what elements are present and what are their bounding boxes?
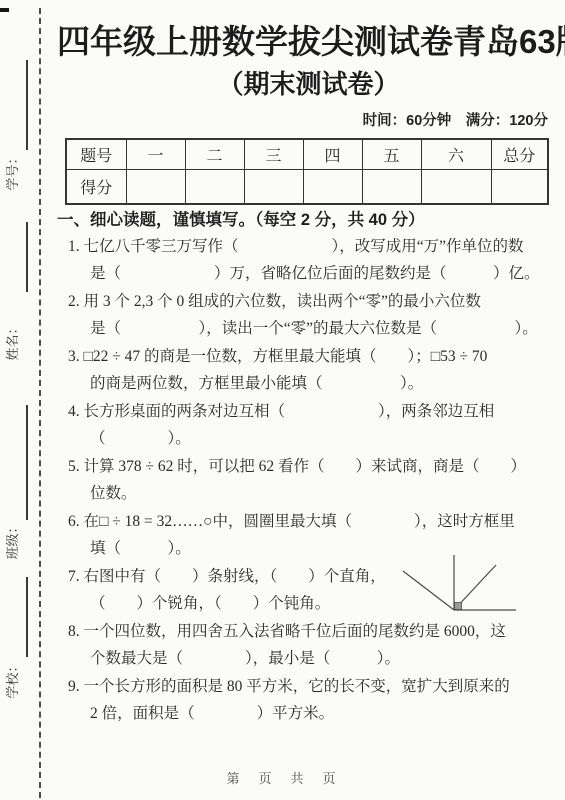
question-3: 3. □22 ÷ 47 的商是一位数，方框里最大能填（ ）；□53 ÷ 70 的… <box>68 344 565 397</box>
score-cell-empty <box>244 170 303 205</box>
score-table-header-cell: 题号 <box>66 139 126 170</box>
score-table-header-cell: 二 <box>185 139 244 170</box>
score-table-header-cell: 一 <box>126 139 185 170</box>
page-subtitle: （期末测试卷） <box>57 64 560 101</box>
rays-figure <box>400 552 520 618</box>
score-table-header-row: 题号 一 二 三 四 五 六 总分 <box>66 139 548 170</box>
score-table-header-cell: 总分 <box>491 139 548 170</box>
question-line: 4. 长方形桌面的两条对边互相（ ），两条邻边互相 <box>90 399 565 426</box>
score-cell-empty <box>303 170 362 205</box>
student-id-writing-line <box>26 60 28 150</box>
student-id-label: 学号： <box>2 143 20 199</box>
question-line: 6. 在□ ÷ 18 = 32……○中，圆圈里最大填（ ），这时方框里 <box>90 509 565 536</box>
exam-page: 学号： 姓名： 班级： 学校： 四年级上册数学拔尖测试卷青岛63版 （期末测试卷… <box>0 0 565 800</box>
question-line: 是（ ），读出一个“零”的最大六位数是（ ）。 <box>90 316 565 343</box>
school-label: 学校： <box>2 651 20 707</box>
page-title: 四年级上册数学拔尖测试卷青岛63版 <box>57 16 560 63</box>
question-line: 的商是两位数，方框里最小能填（ ）。 <box>90 371 565 398</box>
school-writing-line <box>26 577 28 657</box>
question-line: 个数最大是（ ），最小是（ ）。 <box>90 646 565 673</box>
score-table-header-cell: 五 <box>362 139 421 170</box>
question-line: 8. 一个四位数，用四舍五入法省略千位后面的尾数约是 6000，这 <box>90 619 565 646</box>
score-row-label: 得分 <box>66 170 126 205</box>
question-2: 2. 用 3 个 2,3 个 0 组成的六位数，读出两个“零”的最小六位数 是（… <box>68 289 565 342</box>
score-cell-empty <box>126 170 185 205</box>
question-line: 是（ ）万，省略亿位后面的尾数约是（ ）亿。 <box>90 261 565 288</box>
score-table-header-cell: 四 <box>303 139 362 170</box>
name-writing-line <box>26 222 28 292</box>
question-line: 位数。 <box>90 481 565 508</box>
seal-dashed-line <box>39 8 41 798</box>
right-angle-marker <box>455 603 462 610</box>
page-footer: 第 页 共 页 <box>0 768 565 787</box>
questions-list: 1. 七亿八千零三万写作（ ），改写成用“万”作单位的数 是（ ）万，省略亿位后… <box>68 234 565 729</box>
registration-mark <box>0 8 9 12</box>
question-line: 2 倍，面积是（ ）平方米。 <box>90 701 565 728</box>
score-table-score-row: 得分 <box>66 170 548 205</box>
exam-time-score-meta: 时间：60分钟 满分：120分 <box>57 109 548 130</box>
question-line: 2. 用 3 个 2,3 个 0 组成的六位数，读出两个“零”的最小六位数 <box>90 289 565 316</box>
score-table-header-cell: 三 <box>244 139 303 170</box>
question-line: 1. 七亿八千零三万写作（ ），改写成用“万”作单位的数 <box>90 234 565 261</box>
score-table: 题号 一 二 三 四 五 六 总分 得分 <box>65 138 549 205</box>
question-8: 8. 一个四位数，用四舍五入法省略千位后面的尾数约是 6000，这 个数最大是（… <box>68 619 565 672</box>
class-label: 班级： <box>2 512 20 568</box>
question-9: 9. 一个长方形的面积是 80 平方米，它的长不变，宽扩大到原来的 2 倍，面积… <box>68 674 565 727</box>
score-table-header-cell: 六 <box>421 139 491 170</box>
question-5: 5. 计算 378 ÷ 62 时，可以把 62 看作（ ）来试商，商是（ ） 位… <box>68 454 565 507</box>
question-1: 1. 七亿八千零三万写作（ ），改写成用“万”作单位的数 是（ ）万，省略亿位后… <box>68 234 565 287</box>
question-line: （ ）。 <box>90 426 565 453</box>
score-cell-empty <box>421 170 491 205</box>
name-label: 姓名： <box>2 313 20 369</box>
section-one-heading: 一、细心读题，谨慎填写。（每空 2 分，共 40 分） <box>57 206 425 230</box>
score-cell-empty <box>185 170 244 205</box>
question-line: 9. 一个长方形的面积是 80 平方米，它的长不变，宽扩大到原来的 <box>90 674 565 701</box>
score-cell-empty <box>491 170 548 205</box>
question-line: 5. 计算 378 ÷ 62 时，可以把 62 看作（ ）来试商，商是（ ） <box>90 454 565 481</box>
class-writing-line <box>26 405 28 520</box>
question-4: 4. 长方形桌面的两条对边互相（ ），两条邻边互相 （ ）。 <box>68 399 565 452</box>
score-cell-empty <box>362 170 421 205</box>
question-line: 3. □22 ÷ 47 的商是一位数，方框里最大能填（ ）；□53 ÷ 70 <box>90 344 565 371</box>
